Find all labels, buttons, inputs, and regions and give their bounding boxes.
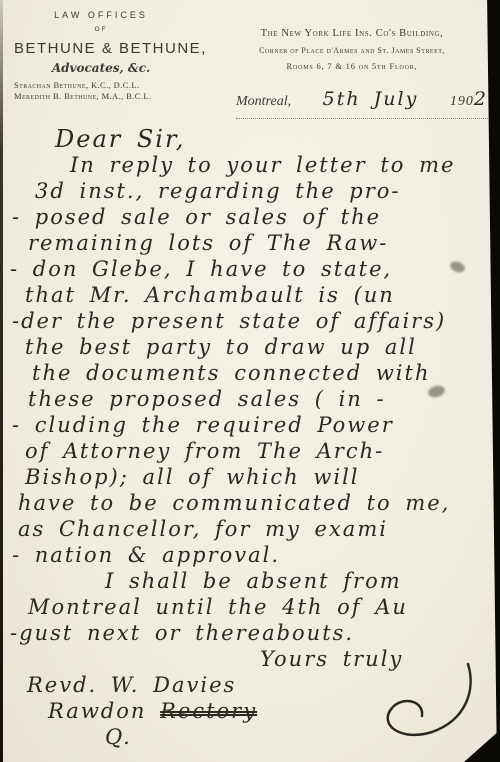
salutation: Dear Sir, — [55, 126, 492, 152]
body-line: of Attorney from The Arch- — [25, 438, 492, 464]
body-line: - nation & approval. — [12, 542, 492, 568]
dateline: Montreal, 5th July 190 2 — [236, 88, 488, 119]
body-line: 3d inst., regarding the pro- — [35, 178, 492, 204]
body-line: these proposed sales ( in - — [28, 386, 492, 412]
body-line: -der the present state of affairs) — [12, 308, 492, 334]
scan-edge-left — [0, 0, 3, 762]
body-line: the best party to draw up all — [25, 334, 492, 360]
body-line: - don Glebe, I have to state, — [10, 256, 492, 282]
body-line: the documents connected with — [32, 360, 492, 386]
letterhead-law-offices: LAW OFFICES — [14, 10, 188, 20]
letterhead-of: OF — [14, 26, 188, 33]
letter-page: LAW OFFICES OF BETHUNE & BETHUNE, Advoca… — [0, 0, 500, 762]
letterhead-left: LAW OFFICES OF BETHUNE & BETHUNE, Advoca… — [14, 10, 188, 101]
struck-word: Rectory — [160, 699, 257, 723]
body-line: that Mr. Archambault is (un — [25, 282, 492, 308]
building-name: The New York Life Ins. Co's Building, — [226, 28, 478, 39]
letterhead-right: The New York Life Ins. Co's Building, Co… — [226, 28, 478, 71]
body-line: have to be communicated to me, — [18, 490, 492, 516]
body-line: - posed sale or sales of the — [12, 204, 492, 230]
handwritten-year-digit: 2 — [474, 88, 488, 110]
body-line: -gust next or thereabouts. — [10, 620, 492, 646]
partner-name: Strachan Bethune, K.C., D.C.L. — [14, 80, 188, 91]
body-line: In reply to your letter to me — [70, 152, 492, 178]
street-address: Corner of Place d'Armes and St. James St… — [226, 46, 478, 55]
recipient-place: Rawdon — [48, 699, 160, 723]
body-line: - cluding the required Power — [12, 412, 492, 438]
body-line: I shall be absent from — [105, 568, 492, 594]
firm-name: BETHUNE & BETHUNE, — [14, 40, 188, 57]
body-line: remaining lots of The Raw- — [28, 230, 492, 256]
body-line: Montreal until the 4th of Au — [28, 594, 492, 620]
printed-year-prefix: 190 — [450, 94, 474, 110]
partner-name: Meredith B. Bethune, M.A., B.C.L. — [14, 91, 188, 102]
body-line: as Chancellor, for my exami — [18, 516, 492, 542]
letter-body: Dear Sir, In reply to your letter to me … — [10, 126, 492, 750]
handwritten-date: 5th July — [323, 88, 419, 110]
body-line: Bishop); all of which will — [25, 464, 492, 490]
rooms-line: Rooms 6, 7 & 16 on 5th Floor, — [226, 61, 478, 71]
dateline-city: Montreal, — [236, 94, 291, 110]
firm-subtitle: Advocates, &c. — [14, 61, 188, 75]
signature-flourish — [372, 662, 482, 748]
